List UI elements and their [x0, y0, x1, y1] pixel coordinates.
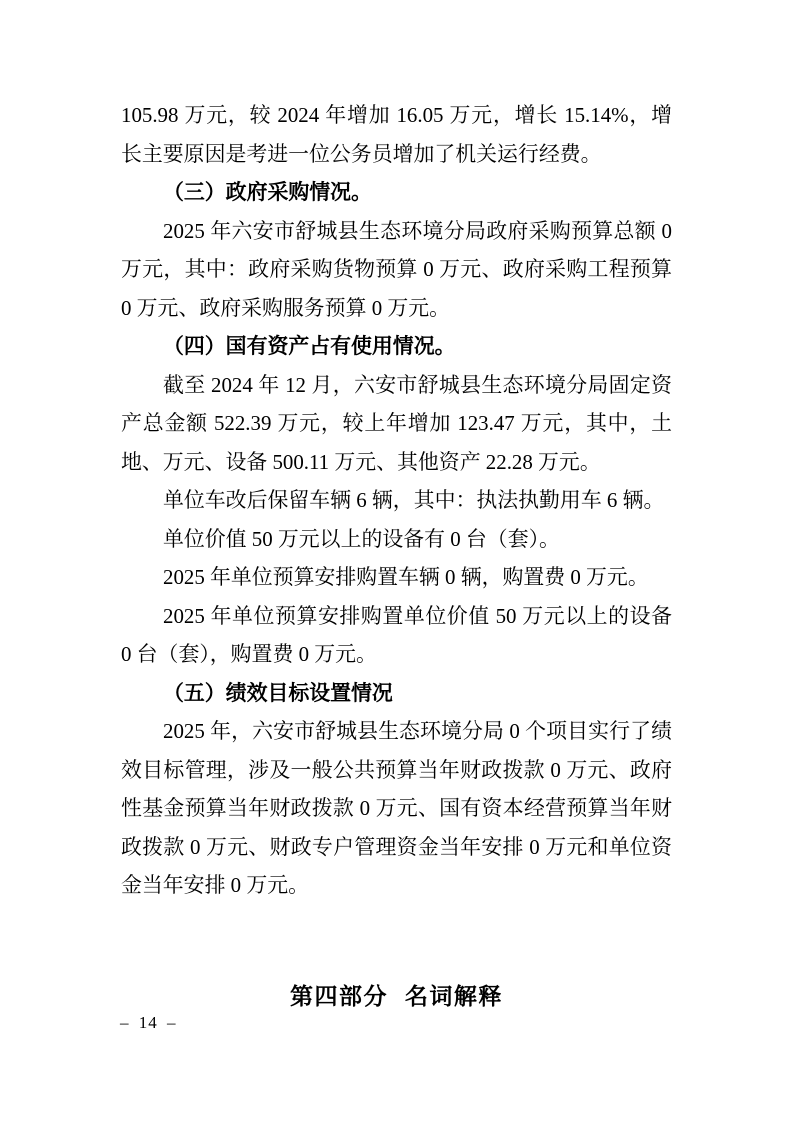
text-line: 地、万元、设备 500.11 万元、其他资产 22.28 万元。: [121, 443, 672, 482]
document-page: 105.98 万元，较 2024 年增加 16.05 万元，增长 15.14%，…: [0, 0, 793, 1122]
paragraph: 2025 年单位预算安排购置单位价值 50 万元以上的设备0 台（套），购置费 …: [121, 597, 672, 674]
paragraph: 单位车改后保留车辆 6 辆，其中：执法执勤用车 6 辆。: [121, 481, 672, 520]
text-line: 0 台（套），购置费 0 万元。: [121, 635, 672, 674]
text-line: 长主要原因是考进一位公务员增加了机关运行经费。: [121, 135, 672, 174]
text-line: （四）国有资产占有使用情况。: [121, 327, 672, 366]
text-line: 0 万元、政府采购服务预算 0 万元。: [121, 289, 672, 328]
text-line: 金当年安排 0 万元。: [121, 866, 672, 905]
paragraph: 单位价值 50 万元以上的设备有 0 台（套）。: [121, 520, 672, 559]
section-heading: （五）绩效目标设置情况: [121, 674, 672, 713]
text-line: 截至 2024 年 12 月，六安市舒城县生态环境分局固定资: [121, 366, 672, 405]
paragraph: 2025 年，六安市舒城县生态环境分局 0 个项目实行了绩效目标管理，涉及一般公…: [121, 712, 672, 905]
text-line: （五）绩效目标设置情况: [121, 674, 672, 713]
text-line: （三）政府采购情况。: [121, 173, 672, 212]
text-line: 性基金预算当年财政拨款 0 万元、国有资本经营预算当年财: [121, 789, 672, 828]
text-line: 万元，其中：政府采购货物预算 0 万元、政府采购工程预算: [121, 250, 672, 289]
text-line: 2025 年单位预算安排购置车辆 0 辆，购置费 0 万元。: [121, 558, 672, 597]
text-line: 2025 年单位预算安排购置单位价值 50 万元以上的设备: [121, 597, 672, 636]
section-heading: （四）国有资产占有使用情况。: [121, 327, 672, 366]
text-line: 105.98 万元，较 2024 年增加 16.05 万元，增长 15.14%，…: [121, 96, 672, 135]
paragraph: 截至 2024 年 12 月，六安市舒城县生态环境分局固定资产总金额 522.3…: [121, 366, 672, 482]
section-heading: （三）政府采购情况。: [121, 173, 672, 212]
text-line: 产总金额 522.39 万元，较上年增加 123.47 万元，其中，土: [121, 404, 672, 443]
page-number: – 14 –: [120, 1013, 177, 1033]
text-line: 2025 年，六安市舒城县生态环境分局 0 个项目实行了绩: [121, 712, 672, 751]
document-blocks: 105.98 万元，较 2024 年增加 16.05 万元，增长 15.14%，…: [121, 96, 672, 905]
text-line: 政拨款 0 万元、财政专户管理资金当年安排 0 万元和单位资: [121, 828, 672, 867]
part-heading: 第四部分 名词解释: [0, 978, 793, 1011]
text-line: 效目标管理，涉及一般公共预算当年财政拨款 0 万元、政府: [121, 751, 672, 790]
paragraph: 2025 年单位预算安排购置车辆 0 辆，购置费 0 万元。: [121, 558, 672, 597]
text-line: 2025 年六安市舒城县生态环境分局政府采购预算总额 0: [121, 212, 672, 251]
paragraph: 2025 年六安市舒城县生态环境分局政府采购预算总额 0万元，其中：政府采购货物…: [121, 212, 672, 328]
text-line: 单位价值 50 万元以上的设备有 0 台（套）。: [121, 520, 672, 559]
paragraph: 105.98 万元，较 2024 年增加 16.05 万元，增长 15.14%，…: [121, 96, 672, 173]
text-line: 单位车改后保留车辆 6 辆，其中：执法执勤用车 6 辆。: [121, 481, 672, 520]
